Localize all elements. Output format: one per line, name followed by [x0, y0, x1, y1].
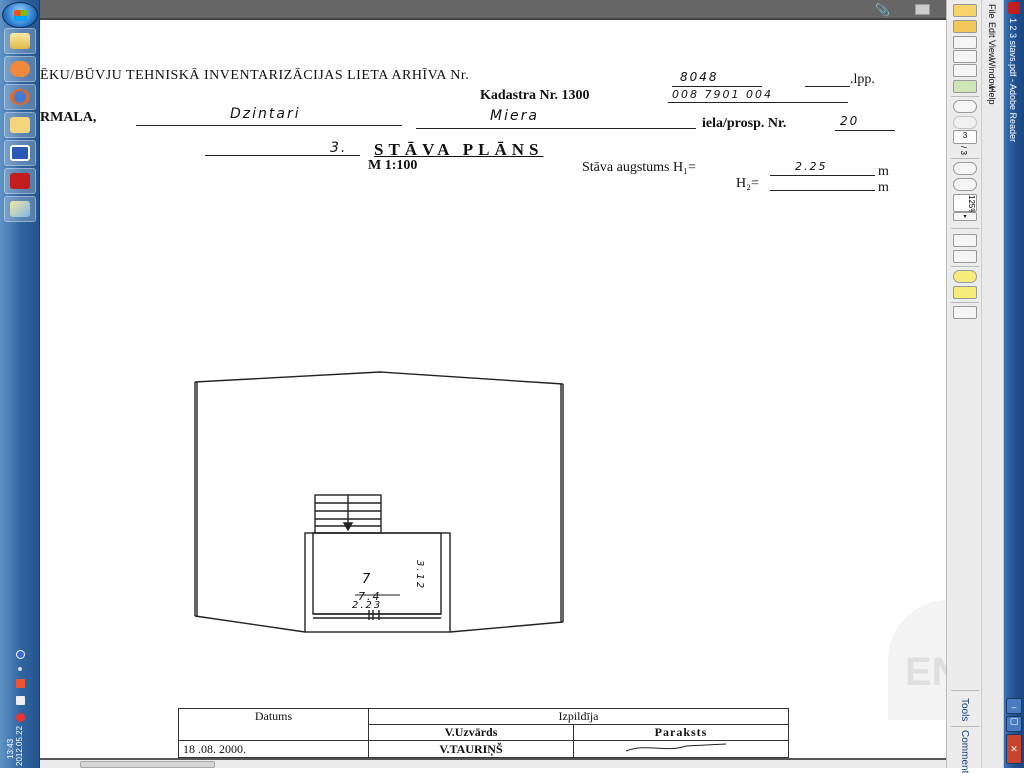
- clock-time: 13:43: [6, 732, 15, 766]
- taskbar-paint-button[interactable]: [4, 196, 36, 222]
- zoom-in-button[interactable]: [953, 178, 977, 191]
- executor-name: V.TAURIŅŠ: [369, 741, 574, 758]
- flag-icon[interactable]: [16, 679, 25, 688]
- taskbar-folder-button[interactable]: [4, 112, 36, 138]
- zoom-out-button[interactable]: [953, 162, 977, 175]
- zoom-dropdown-arrow[interactable]: ▾: [953, 212, 977, 221]
- page-total: / 3: [959, 146, 968, 155]
- izpildija-header: Izpildīja: [369, 709, 789, 725]
- signature: [574, 741, 789, 758]
- datums-header: Datums: [179, 709, 369, 741]
- sign-button[interactable]: [953, 306, 977, 319]
- taskbar-adobe-reader-button[interactable]: [4, 168, 36, 194]
- height1-value: 2.25: [795, 160, 828, 173]
- share-button[interactable]: [953, 80, 977, 93]
- uzvards-header: V.Uzvārds: [369, 725, 574, 741]
- floor-number: 3.: [330, 140, 347, 156]
- open-button[interactable]: [953, 20, 977, 33]
- previous-page-button[interactable]: [953, 116, 977, 129]
- menu-edit[interactable]: Edit: [987, 22, 997, 38]
- street-value: Miera: [490, 108, 539, 124]
- firefox-icon: [10, 89, 30, 105]
- taskbar-explorer-button[interactable]: [4, 28, 36, 54]
- mail-icon: [10, 145, 30, 161]
- menu-help[interactable]: Help: [987, 86, 997, 105]
- pages-icon[interactable]: [915, 4, 930, 15]
- sticky-note-button[interactable]: [953, 270, 977, 283]
- kadastra-label: Kadastra Nr. 1300: [480, 88, 590, 104]
- maximize-button[interactable]: ▢: [1006, 716, 1022, 732]
- paint-icon: [10, 201, 30, 217]
- minimize-button[interactable]: _: [1006, 698, 1022, 714]
- reader-toolbar: 3 / 3 125% ▾ Tools Comment: [946, 0, 982, 768]
- tray-dot-icon: [18, 667, 22, 671]
- city-label: RMALA,: [40, 110, 96, 126]
- adobe-reader-icon: [10, 173, 30, 189]
- signature-stamp-table: Datums Izpildīja V.Uzvārds Paraksts 18 .…: [178, 708, 789, 758]
- taskbar-download-button[interactable]: [4, 56, 36, 82]
- shield-icon[interactable]: [16, 713, 25, 722]
- page-number-input[interactable]: 3: [953, 130, 977, 144]
- create-pdf-button[interactable]: [953, 4, 977, 17]
- date-value: 18 .08. 2000.: [179, 741, 369, 758]
- download-icon: [10, 61, 30, 77]
- window-title: 1 2 3 stavs.pdf - Adobe Reader: [1008, 18, 1018, 142]
- taskbar-firefox-button[interactable]: [4, 84, 36, 110]
- document-toolbar-strip: 📎: [40, 0, 946, 20]
- district-value: Dzintari: [230, 106, 301, 122]
- menu-bar: File Edit View Window Help: [982, 0, 1004, 768]
- highlight-button[interactable]: [953, 286, 977, 299]
- start-button[interactable]: [2, 2, 38, 28]
- header-line1: ĒKU/BŪVJU TEHNISKĀ INVENTARIZĀCIJAS LIET…: [40, 68, 469, 84]
- street-number: 20: [840, 114, 859, 128]
- height1-label: Stāva augstums H₁=: [582, 160, 696, 176]
- clock[interactable]: 13:43 2012.05.22: [6, 732, 34, 766]
- fit-page-button[interactable]: [953, 250, 977, 263]
- tools-pane-tab[interactable]: Tools: [959, 698, 970, 721]
- zoom-level-select[interactable]: 125%: [953, 194, 977, 212]
- height2-label: H₂=: [736, 176, 759, 192]
- close-button[interactable]: ✕: [1006, 734, 1022, 764]
- room-width: 2.23: [352, 600, 382, 611]
- fit-width-button[interactable]: [953, 234, 977, 247]
- menu-view[interactable]: View: [987, 40, 997, 59]
- system-tray: [6, 650, 34, 730]
- attachment-icon[interactable]: 📎: [875, 3, 891, 16]
- window-title-bar[interactable]: 1 2 3 stavs.pdf - Adobe Reader _ ▢ ✕: [1004, 0, 1024, 768]
- lpp-label: .lpp.: [850, 72, 875, 88]
- menu-file[interactable]: File: [987, 4, 997, 19]
- horizontal-scrollbar[interactable]: [40, 758, 946, 768]
- pdf-document-page[interactable]: ĒKU/BŪVJU TEHNISKĀ INVENTARIZĀCIJAS LIET…: [40, 20, 946, 758]
- paraksts-header: Paraksts: [574, 725, 789, 741]
- archive-number: 8048: [680, 70, 719, 84]
- room-length: 3.12: [414, 560, 425, 590]
- comment-pane-tab[interactable]: Comment: [959, 730, 970, 768]
- next-page-button[interactable]: [953, 100, 977, 113]
- adobe-app-icon[interactable]: [1008, 2, 1020, 14]
- scale-label: M 1:100: [368, 158, 417, 174]
- street-suffix: iela/prosp. Nr.: [702, 116, 786, 132]
- print-button[interactable]: [953, 50, 977, 63]
- taskbar-mail-button[interactable]: [4, 140, 36, 166]
- volume-icon[interactable]: [16, 696, 25, 705]
- room-number: 7: [362, 572, 372, 587]
- clock-date: 2012.05.22: [15, 732, 24, 766]
- network-icon[interactable]: [16, 650, 25, 659]
- horizontal-scroll-thumb[interactable]: [80, 761, 215, 768]
- folder-icon: [10, 117, 30, 133]
- unit-m2: m: [878, 180, 889, 196]
- unit-m1: m: [878, 164, 889, 180]
- windows-taskbar: 13:43 2012.05.22: [0, 0, 40, 768]
- save-button[interactable]: [953, 36, 977, 49]
- explorer-icon: [10, 33, 30, 49]
- email-button[interactable]: [953, 64, 977, 77]
- plan-title: STĀVA PLĀNS: [374, 140, 543, 160]
- kadastra-number: 008 7901 004: [672, 88, 773, 101]
